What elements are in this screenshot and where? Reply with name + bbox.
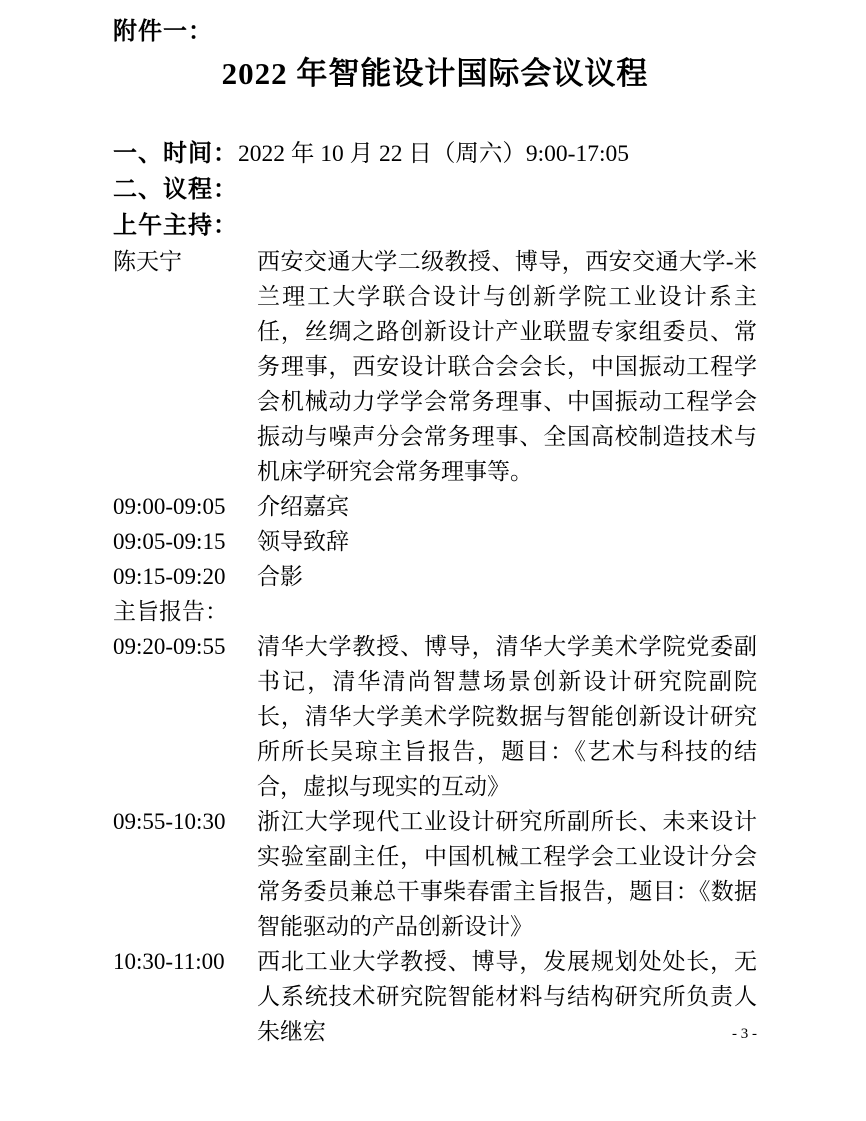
keynote-row: 09:55-10:30 浙江大学现代工业设计研究所副所长、未来设计实验室副主任，…: [113, 804, 757, 944]
keynote-time: 09:20-09:55: [113, 629, 257, 664]
keynote-section-label: 主旨报告：: [113, 594, 757, 629]
document-title: 2022 年智能设计国际会议议程: [113, 54, 757, 94]
agenda-time: 09:05-09:15: [113, 524, 257, 559]
agenda-desc: 合影: [257, 559, 757, 594]
morning-host-label: 上午主持：: [113, 212, 238, 239]
time-section-value: 2022 年 10 月 22 日（周六）9:00-17:05: [238, 141, 629, 167]
keynote-row: 09:20-09:55 清华大学教授、博导，清华大学美术学院党委副书记，清华清尚…: [113, 629, 757, 804]
keynote-time: 10:30-11:00: [113, 944, 257, 979]
section-headings: 一、时间：2022 年 10 月 22 日（周六）9:00-17:05 二、议程…: [113, 136, 757, 244]
agenda-row: 09:00-09:05 介绍嘉宾: [113, 489, 757, 524]
morning-host-line: 上午主持：: [113, 208, 757, 244]
time-section-label: 一、时间：: [113, 140, 238, 167]
agenda-section-line: 二、议程：: [113, 172, 757, 208]
agenda-row: 09:15-09:20 合影: [113, 559, 757, 594]
agenda-desc: 领导致辞: [257, 524, 757, 559]
host-row: 陈天宁 西安交通大学二级教授、博导，西安交通大学-米兰理工大学联合设计与创新学院…: [113, 244, 757, 489]
page-number: - 3 -: [732, 1026, 757, 1043]
document-page: 附件一： 2022 年智能设计国际会议议程 一、时间：2022 年 10 月 2…: [0, 0, 866, 1121]
agenda-time: 09:15-09:20: [113, 559, 257, 594]
time-section-line: 一、时间：2022 年 10 月 22 日（周六）9:00-17:05: [113, 136, 757, 172]
agenda-time: 09:00-09:05: [113, 489, 257, 524]
agenda-section-label: 二、议程：: [113, 176, 238, 203]
host-bio: 西安交通大学二级教授、博导，西安交通大学-米兰理工大学联合设计与创新学院工业设计…: [257, 244, 757, 489]
host-name: 陈天宁: [113, 244, 257, 279]
keynote-desc: 西北工业大学教授、博导，发展规划处处长，无人系统技术研究院智能材料与结构研究所负…: [257, 944, 757, 1049]
keynote-row: 10:30-11:00 西北工业大学教授、博导，发展规划处处长，无人系统技术研究…: [113, 944, 757, 1049]
keynote-desc: 浙江大学现代工业设计研究所副所长、未来设计实验室副主任，中国机械工程学会工业设计…: [257, 804, 757, 944]
agenda-desc: 介绍嘉宾: [257, 489, 757, 524]
keynote-time: 09:55-10:30: [113, 804, 257, 839]
attachment-label: 附件一：: [113, 16, 757, 48]
agenda-row: 09:05-09:15 领导致辞: [113, 524, 757, 559]
keynote-desc: 清华大学教授、博导，清华大学美术学院党委副书记，清华清尚智慧场景创新设计研究院副…: [257, 629, 757, 804]
